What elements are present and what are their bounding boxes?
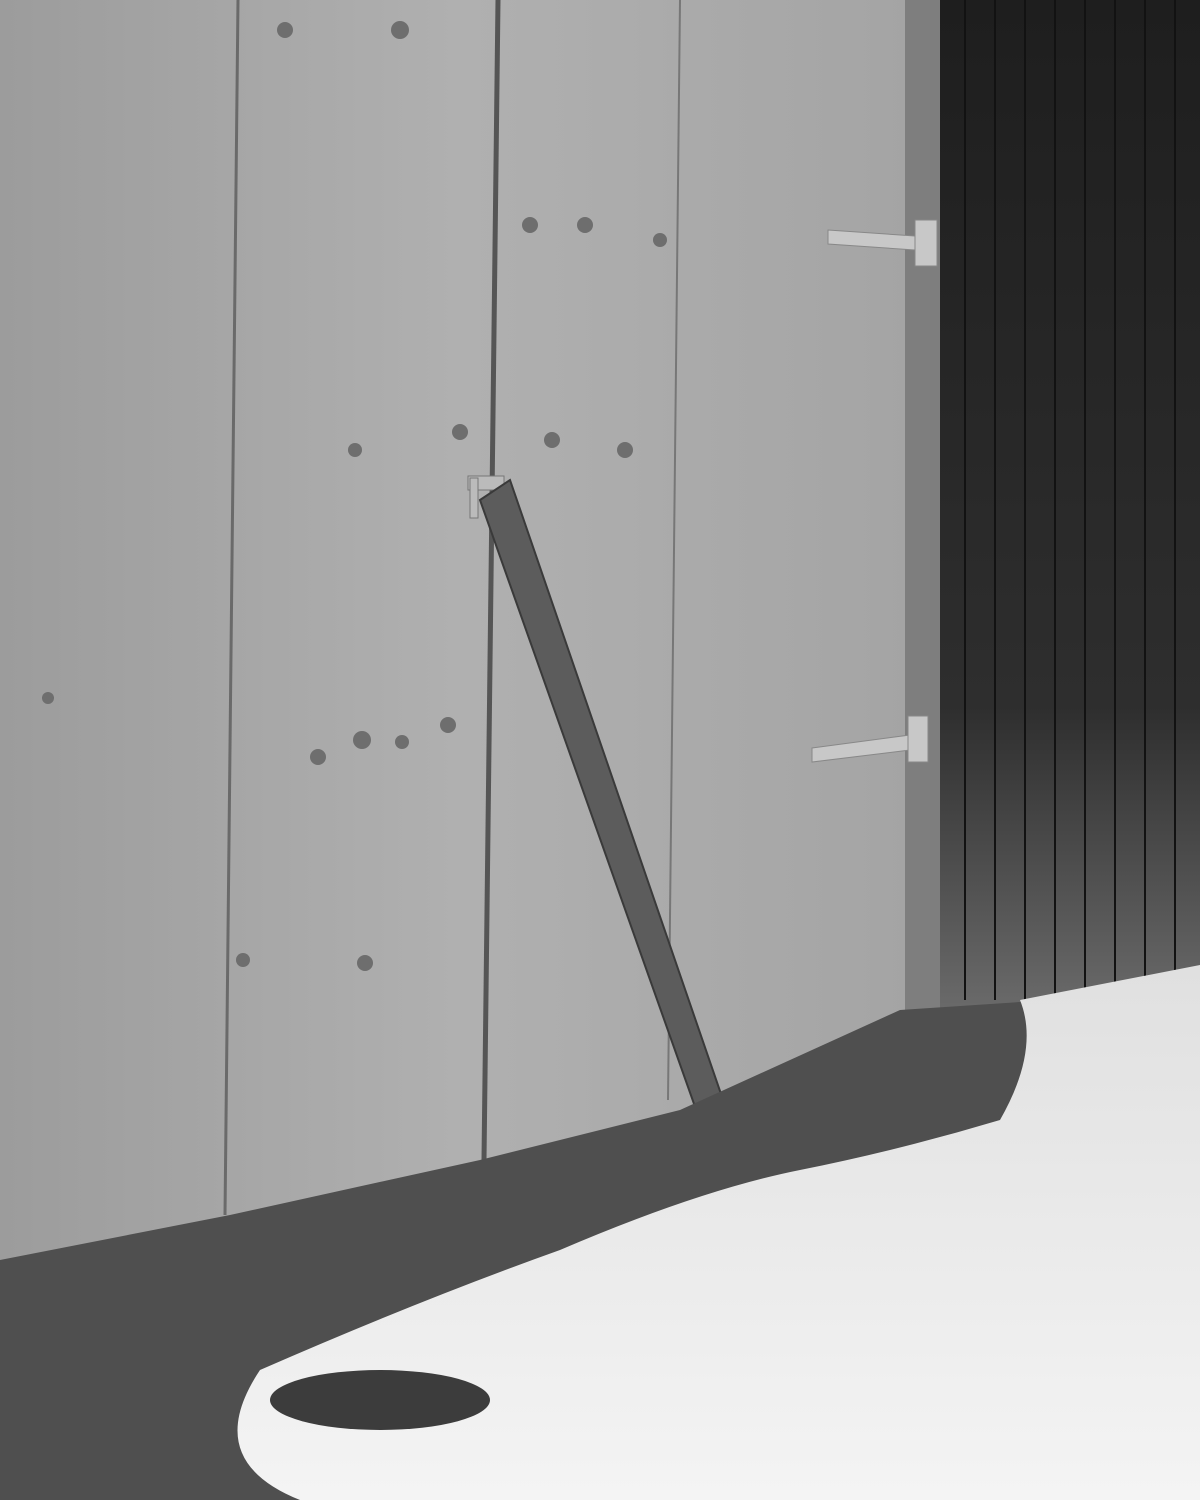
dark-siding: [940, 0, 1200, 1010]
puddle: [270, 1370, 490, 1430]
photograph: [0, 0, 1200, 1500]
door-frame: [905, 0, 945, 1020]
